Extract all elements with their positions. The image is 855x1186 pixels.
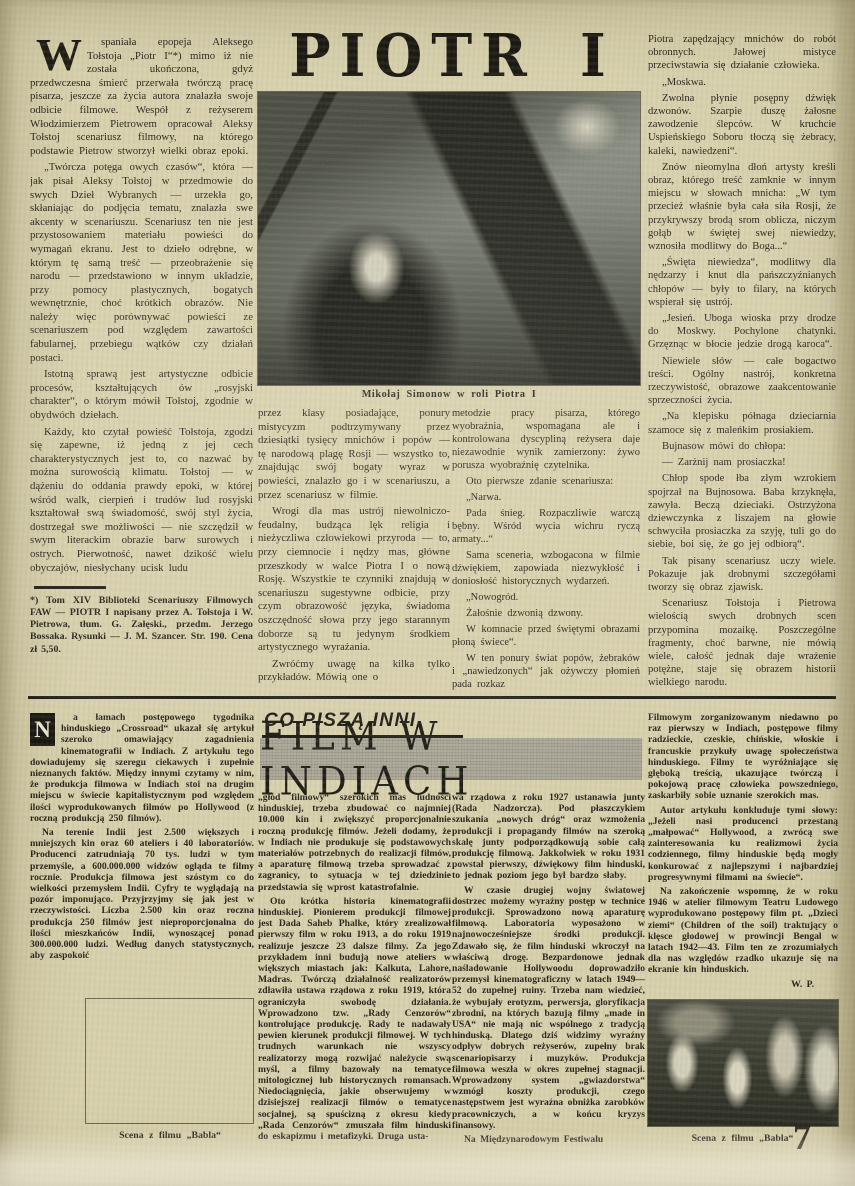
- paragraph: Znów nieomylna dłoń artysty kreśli obraz…: [648, 161, 836, 253]
- piotr-column-3: metodzie pracy pisarza, którego wyobraźn…: [452, 407, 640, 699]
- article-title-piotr-i: PIOTR I: [262, 20, 642, 90]
- paragraph: Żałośnie dzwonią dzwony.: [452, 607, 640, 620]
- paragraph: Niewiele słów — całe bogactwo treści. Og…: [648, 355, 836, 408]
- piotr-column-1-paragraphs: spaniała epopeja Aleksego Tołstoja „Piot…: [30, 36, 253, 575]
- india-column-3-paragraphs: wa rządowa z roku 1927 ustanawia junty (…: [452, 792, 645, 1145]
- babla-left-caption: Scena z filmu „Babla“: [60, 1130, 280, 1141]
- paragraph: „głód filmowy“ szerokich mas ludności hi…: [258, 792, 451, 893]
- paragraph: metodzie pracy pisarza, którego wyobraźn…: [452, 407, 640, 472]
- paragraph: Każdy, kto czytał powieść Tołstoja, zgod…: [30, 426, 253, 576]
- paragraph: „Jesień. Uboga wioska przy drodze do Mos…: [648, 312, 836, 352]
- film-still-piotr-i-photo: [258, 92, 640, 385]
- paragraph: Tak pisany scenariusz uczy wiele. Pokazu…: [648, 555, 836, 595]
- india-column-1-paragraphs: a łamach postępowego tygodnika hinduskie…: [30, 712, 254, 961]
- paragraph: W komnacie przed świętymi obrazami płoną…: [452, 623, 640, 649]
- paragraph: „Twórcza potęga owych czasów“, która — j…: [30, 161, 253, 365]
- paragraph: Bujnasow mówi do chłopa:: [648, 440, 836, 453]
- drop-cap-w: W: [30, 36, 87, 73]
- paragraph: W czasie drugiej wojny światowej dostrze…: [452, 885, 645, 1131]
- paragraph: Oto krótka historia kinematografii hindu…: [258, 896, 451, 1142]
- paragraph: wa rządowa z roku 1927 ustanawia junty (…: [452, 792, 645, 882]
- film-still-babla-right-photo: [648, 1000, 838, 1126]
- piotr-column-1: W spaniała epopeja Aleksego Tołstoja „Pi…: [30, 36, 253, 690]
- india-column-3: wa rządowa z roku 1927 ustanawia junty (…: [452, 792, 645, 1172]
- paragraph: Zwróćmy uwagę na kilka tylko przykładów.…: [258, 658, 450, 685]
- paragraph: Wrogi dla mas ustrój niewolniczo-feudaln…: [258, 505, 450, 655]
- paragraph: Scenariusz Tołstoja i Pietrowa wielością…: [648, 597, 836, 689]
- piotr-column-4-paragraphs: Piotra zapędzający mnichów do robót obro…: [648, 33, 836, 690]
- magazine-page: PIOTR I W spaniała epopeja Aleksego Tołs…: [0, 0, 855, 1186]
- piotr-column-3-paragraphs: metodzie pracy pisarza, którego wyobraźn…: [452, 407, 640, 691]
- paragraph: Zwolna płynie posępny dźwięk dzwonów. Sz…: [648, 92, 836, 158]
- paragraph: przez klasy posiadające, ponury mistycyz…: [258, 407, 450, 502]
- paragraph: „Święta niewiedza“, modlitwy dla nędzarz…: [648, 256, 836, 309]
- piotr-column-2-paragraphs: przez klasy posiadające, ponury mistycyz…: [258, 407, 450, 685]
- paragraph: Oto pierwsze zdanie scenariusza:: [452, 475, 640, 488]
- babla-right-caption: Scena z filmu „Babla“: [640, 1133, 845, 1144]
- drop-cap-n: N: [30, 713, 55, 746]
- paragraph: a łamach postępowego tygodnika hinduskie…: [30, 712, 254, 824]
- section-divider-rule: [28, 696, 836, 699]
- paragraph: — Zarżnij nam prosiaczka!: [648, 456, 836, 469]
- paragraph: Sama sceneria, wzbogacona w filmie dźwię…: [452, 549, 640, 588]
- paragraph: Chłop spode łba złym wzrokiem spojrzał n…: [648, 472, 836, 551]
- india-column-1: N a łamach postępowego tygodnika hindusk…: [30, 712, 254, 996]
- india-column-4-paragraphs: Filmowym zorganizowanym niedawno po raz …: [648, 712, 838, 976]
- paragraph: „Na klepisku półnaga dzieciarnia szamoce…: [648, 410, 836, 436]
- piotr-column-2: przez klasy posiadające, ponury mistycyz…: [258, 407, 450, 699]
- film-still-babla-left-photo: [86, 999, 253, 1123]
- piotr-column-4: Piotra zapędzający mnichów do robót obro…: [648, 33, 836, 698]
- author-initials: W. P.: [648, 979, 814, 990]
- section-title-band: FILM W INDIACH: [260, 738, 642, 780]
- footnote: *) Tom XIV Biblioteki Scenariuszy Filmow…: [30, 595, 253, 655]
- india-column-2: „głód filmowy“ szerokich mas ludności hi…: [258, 792, 451, 1172]
- india-column-2-paragraphs: „głód filmowy“ szerokich mas ludności hi…: [258, 792, 451, 1142]
- footnote-rule: [34, 586, 106, 589]
- paragraph: Na Międzynarodowym Festiwalu: [452, 1134, 645, 1145]
- paragraph: Na zakończenie wspomnę, że w roku 1946 w…: [648, 886, 838, 976]
- article-title-film-w-indiach: FILM W INDIACH: [260, 714, 642, 804]
- paragraph: „Nowogród.: [452, 591, 640, 604]
- paragraph: Filmowym zorganizowanym niedawno po raz …: [648, 712, 838, 802]
- page-number: 7: [793, 1116, 811, 1158]
- india-column-4: Filmowym zorganizowanym niedawno po raz …: [648, 712, 838, 998]
- paragraph: Pada śnieg. Rozpaczliwie warczą bębny. W…: [452, 507, 640, 546]
- paragraph: W ten ponury świat popów, żebraków i „na…: [452, 652, 640, 691]
- paragraph: „Narwa.: [452, 491, 640, 504]
- piotr-photo-caption: Mikołaj Simonow w roli Piotra I: [258, 389, 640, 400]
- paragraph: Istotną sprawą jest artystyczne odbicie …: [30, 368, 253, 422]
- paragraph: „Moskwa.: [648, 76, 836, 89]
- paragraph: Piotra zapędzający mnichów do robót obro…: [648, 33, 836, 73]
- paragraph: Na terenie Indii jest 2.500 większych i …: [30, 827, 254, 961]
- paragraph: Autor artykułu konkluduje tymi słowy: „J…: [648, 805, 838, 883]
